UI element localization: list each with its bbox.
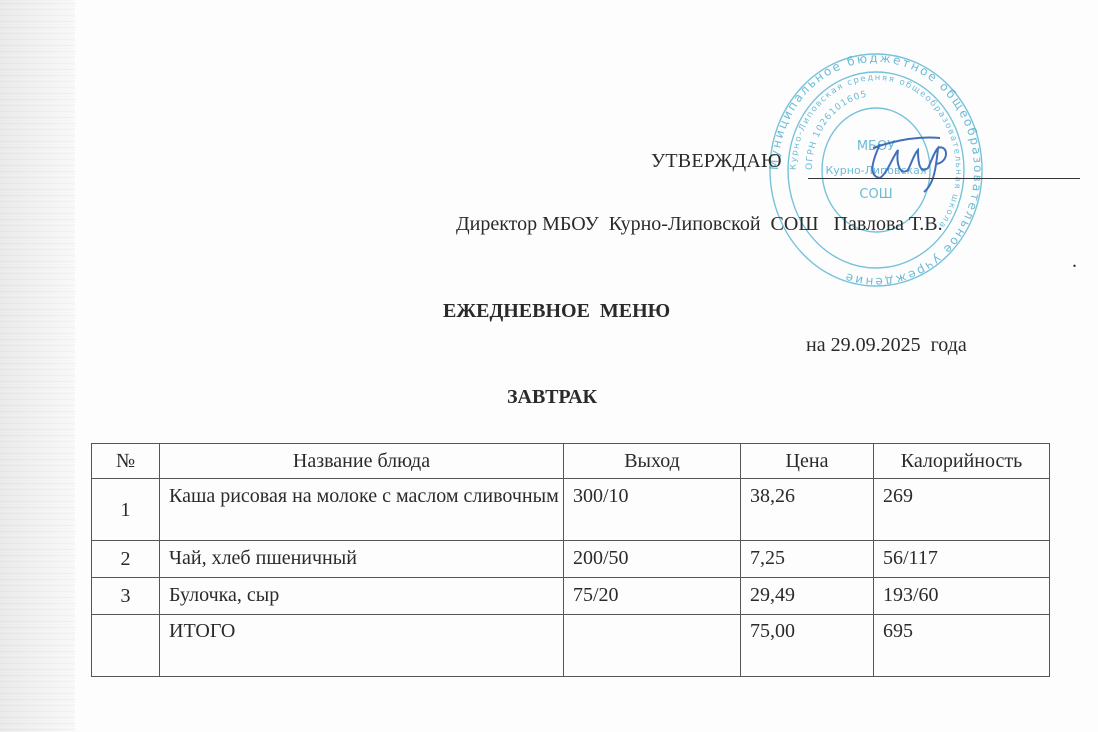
signature-line	[808, 178, 1080, 179]
dish-calories: 269	[874, 479, 1050, 541]
svg-text:Курно-Липовская средняя общеоб: Курно-Липовская средняя общеобразователь…	[789, 73, 963, 230]
row-number: 3	[92, 578, 160, 615]
total-output	[564, 615, 741, 677]
menu-table: № Название блюда Выход Цена Калорийность…	[91, 443, 1050, 677]
dish-output: 75/20	[564, 578, 741, 615]
header-price: Цена	[741, 444, 874, 479]
dish-price: 29,49	[741, 578, 874, 615]
stamp-middle-text: Курно-Липовская средняя общеобразователь…	[789, 73, 963, 230]
trailing-mark: .	[1072, 250, 1077, 273]
total-price: 75,00	[741, 615, 874, 677]
table-row: 2 Чай, хлеб пшеничный 200/50 7,25 56/117	[92, 541, 1050, 578]
dish-calories: 193/60	[874, 578, 1050, 615]
document-date: на 29.09.2025 года	[806, 334, 967, 357]
svg-text:Муниципальное бюджетное общеоб: Муниципальное бюджетное общеобразователь…	[768, 52, 984, 289]
stamp-center-line-3: СОШ	[859, 187, 892, 202]
dish-name: Чай, хлеб пшеничный	[160, 541, 564, 578]
stamp-center-line-2: Курно-Липовская	[825, 164, 926, 177]
dish-output: 200/50	[564, 541, 741, 578]
total-label: ИТОГО	[160, 615, 564, 677]
school-stamp: Муниципальное бюджетное общеобразователь…	[768, 52, 984, 290]
dish-price: 38,26	[741, 479, 874, 541]
dish-name: Булочка, сыр	[160, 578, 564, 615]
svg-text:ОГРН 1026101605: ОГРН 1026101605	[805, 90, 868, 171]
dish-calories: 56/117	[874, 541, 1050, 578]
row-number: 2	[92, 541, 160, 578]
director-line: Директор МБОУ Курно-Липовской СОШ Павлов…	[456, 213, 943, 236]
stamp-outer-text: Муниципальное бюджетное общеобразователь…	[768, 52, 984, 289]
approval-label: УТВЕРЖДАЮ	[651, 150, 782, 173]
total-calories: 695	[874, 615, 1050, 677]
table-row: 1 Каша рисовая на молоке с маслом сливоч…	[92, 479, 1050, 541]
total-row: ИТОГО 75,00 695	[92, 615, 1050, 677]
stamp-center-line-1: МБОУ	[857, 139, 895, 154]
signature-scribble	[872, 137, 946, 192]
dish-price: 7,25	[741, 541, 874, 578]
total-number-cell	[92, 615, 160, 677]
meal-heading: ЗАВТРАК	[507, 386, 597, 409]
dish-output: 300/10	[564, 479, 741, 541]
table-row: 3 Булочка, сыр 75/20 29,49 193/60	[92, 578, 1050, 615]
row-number: 1	[92, 479, 160, 541]
scan-shadow-edge	[0, 0, 75, 732]
dish-name: Каша рисовая на молоке с маслом сливочны…	[160, 479, 564, 541]
header-output: Выход	[564, 444, 741, 479]
header-number: №	[92, 444, 160, 479]
table-header-row: № Название блюда Выход Цена Калорийность	[92, 444, 1050, 479]
header-dish-name: Название блюда	[160, 444, 564, 479]
stamp-inner-text: ОГРН 1026101605	[805, 90, 868, 171]
header-calories: Калорийность	[874, 444, 1050, 479]
document-title: ЕЖЕДНЕВНОЕ МЕНЮ	[443, 300, 670, 323]
